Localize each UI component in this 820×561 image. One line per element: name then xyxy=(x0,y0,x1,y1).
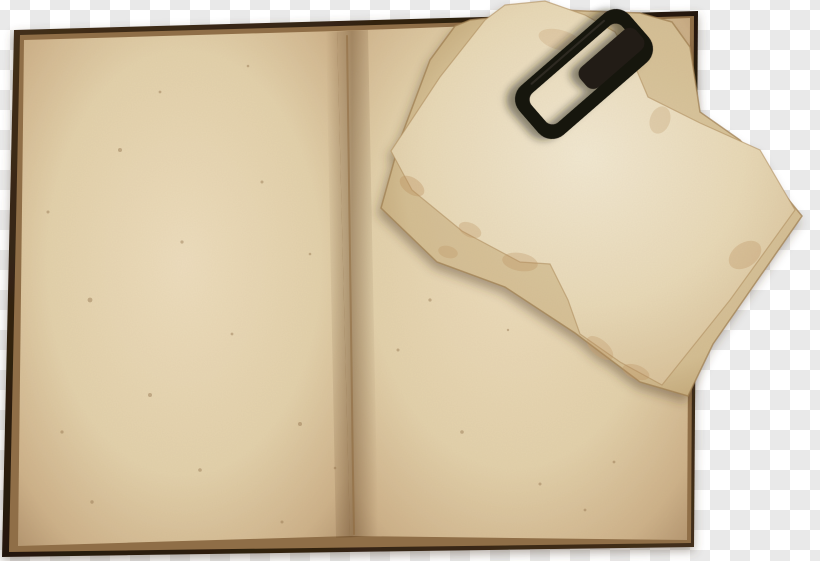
page-freckle xyxy=(613,461,616,464)
page-freckle xyxy=(298,422,302,426)
page-freckle xyxy=(261,181,264,184)
page-freckle xyxy=(148,393,152,397)
page-freckle xyxy=(60,430,63,433)
page-freckle xyxy=(397,349,400,352)
page-freckle xyxy=(159,91,162,94)
page-freckle xyxy=(281,521,284,524)
book-left-page xyxy=(18,31,350,546)
page-freckle xyxy=(507,329,509,331)
page-freckle xyxy=(180,240,183,243)
scene-image xyxy=(0,0,820,561)
page-freckle xyxy=(309,253,312,256)
page-freckle xyxy=(88,298,93,303)
page-freckle xyxy=(539,483,542,486)
page-freckle xyxy=(198,468,202,472)
page-freckle xyxy=(231,333,234,336)
transparency-checkerboard xyxy=(0,0,820,561)
page-freckle xyxy=(460,430,464,434)
page-freckle xyxy=(247,65,250,68)
page-freckle xyxy=(584,509,587,512)
page-freckle xyxy=(90,500,93,503)
page-freckle xyxy=(428,298,431,301)
page-freckle xyxy=(334,467,337,470)
page-freckle xyxy=(118,148,122,152)
page-freckle xyxy=(47,211,50,214)
